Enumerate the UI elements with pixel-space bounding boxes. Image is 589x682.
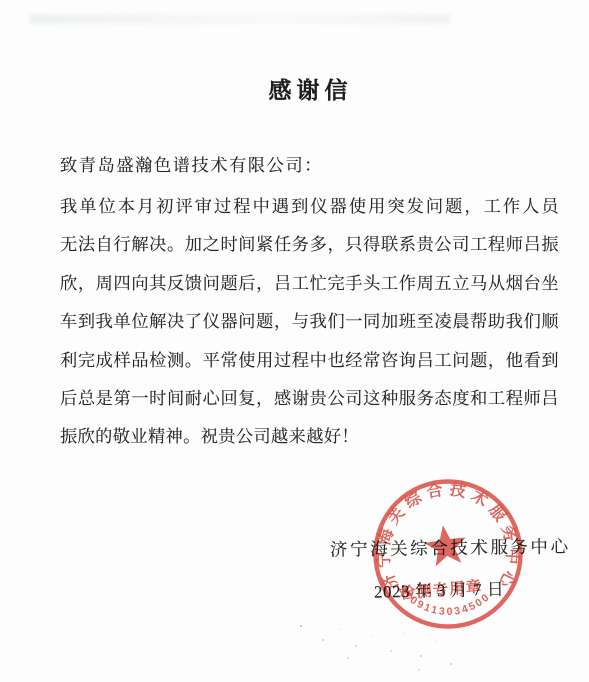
official-seal-stamp-icon: 济宁海关综合技术服务中心 检测专用章 3709113034500 (368, 474, 528, 634)
letter-body-line: 振欣的敬业精神。祝贵公司越来越好！ (60, 418, 559, 456)
letter-title: 感谢信 (16, 72, 589, 105)
letter-body-line: 利完成样品检测。平常使用过程中也经常咨询吕工问题，他看到 (60, 342, 559, 380)
letter-salutation: 致青岛盛瀚色谱技术有限公司： (60, 151, 323, 176)
ink-speckles (300, 625, 302, 627)
letter-body-line: 车到我单位解决了仪器问题，与我们一同加班至凌晨帮助我们顺 (60, 303, 559, 341)
seal-star-icon (422, 522, 469, 567)
letter-body-line: 后总是第一时间耐心回复，感谢贵公司这种服务态度和工程师吕 (60, 380, 559, 418)
letter-body-line: 欣，周四向其反馈问题后，吕工忙完手头工作周五立马从烟台坐 (60, 265, 559, 303)
letter-body: 我单位本月初评审过程中遇到仪器使用突发问题，工作人员 无法自行解决。加之时间紧任… (60, 188, 559, 457)
scanned-letter-page: 感谢信 致青岛盛瀚色谱技术有限公司： 我单位本月初评审过程中遇到仪器使用突发问题… (0, 0, 589, 682)
letter-body-line: 我单位本月初评审过程中遇到仪器使用突发问题，工作人员 (60, 188, 559, 226)
letter-body-line: 无法自行解决。加之时间紧任务多，只得联系贵公司工程师吕振 (60, 226, 559, 264)
